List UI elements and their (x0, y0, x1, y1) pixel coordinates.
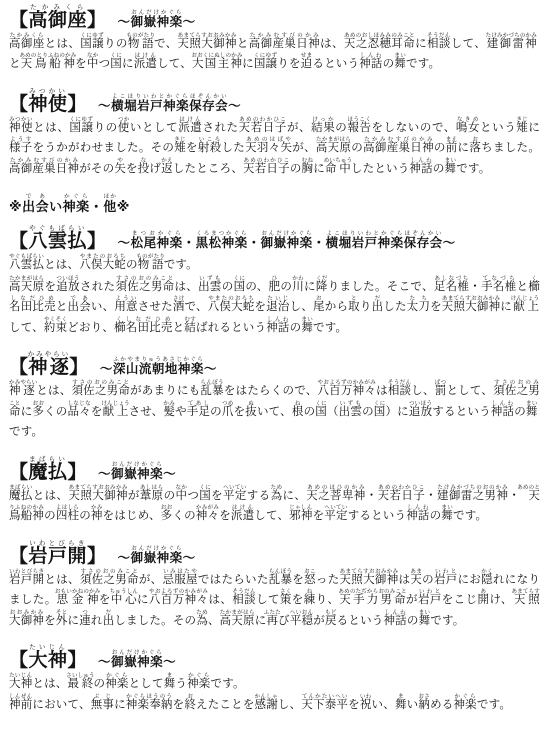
category-divider: ※出会であい神楽かぐら・他ほか※ (9, 194, 540, 215)
section-subtitle: ～松尾神楽まつおかぐら・黒松神楽くろまつかぐら・御嶽神楽おんだけかぐら・横堀岩戸… (118, 231, 456, 251)
section-takamikura: 【高御座たかみくら】 ～御嶽神楽おんだけかぐら～ 高御座たかみくらとは、国譲くに… (9, 4, 540, 75)
section-title: 【大神たいじん】 (9, 644, 87, 672)
section-kamiyarai: 【神逐かみやらい】 ～深山流朝地神楽ふかやまりゅうあさじかぐら～ 神逐かみやらい… (9, 351, 540, 442)
section-title: 【八雲払やぐもばらい】 (9, 225, 107, 253)
section-title: 【神逐かみやらい】 (9, 351, 89, 379)
section-subtitle: ～御嶽神楽おんだけかぐら～ (98, 650, 176, 670)
section-mabarai: 【魔払まばらい】 ～御嶽神楽おんだけかぐら～ 魔払まばらいとは、天照大御神あまて… (9, 456, 540, 527)
section-iwatobiraki: 【岩戸開いわとびらき】 ～御嶽神楽おんだけかぐら～ 岩戸開いわとびらきとは、須佐… (9, 540, 540, 631)
section-body-paragraph: 八雲払やぐもばらいとは、八俣大蛇やまたのおろちの物語ものがたりです。 (9, 254, 540, 275)
section-body-paragraph: 魔払まばらいとは、天照大御神あまてらすおおみかみが葦原あしはらの中なかつ国くにを… (9, 485, 540, 527)
section-subtitle: ～御嶽神楽おんだけかぐら～ (118, 546, 196, 566)
section-taijin: 【大神たいじん】 ～御嶽神楽おんだけかぐら～ 大神たいじんとは、最終さいしゅうの… (9, 644, 540, 716)
section-body-paragraph: 岩戸開いわとびらきとは、須佐之男命すさのおのみことが、忌服屋いみはたやではたらい… (9, 569, 540, 631)
section-subtitle: ～横堀岩戸神楽保存会よこほりいわとかぐらほぞんかい～ (98, 94, 241, 114)
section-title: 【神使みつかい】 (9, 88, 87, 116)
section-title: 【岩戸開いわとびらき】 (9, 540, 107, 568)
section-body-paragraph: 神前しんぜんにおいて、無事ぶじに神楽奉納かぐらほうのうを終おえたことを感謝かんし… (9, 694, 540, 715)
section-heading: 【大神たいじん】 ～御嶽神楽おんだけかぐら～ (9, 644, 540, 672)
section-heading: 【魔払まばらい】 ～御嶽神楽おんだけかぐら～ (9, 456, 540, 484)
section-yagumobarai: 【八雲払やぐもばらい】 ～松尾神楽まつおかぐら・黒松神楽くろまつかぐら・御嶽神楽… (9, 225, 540, 338)
section-body-paragraph: 大神たいじんとは、最終さいしゅうの神楽かぐらとして舞まう神楽かぐらです。 (9, 673, 540, 694)
section-heading: 【高御座たかみくら】 ～御嶽神楽おんだけかぐら～ (9, 4, 540, 32)
section-heading: 【八雲払やぐもばらい】 ～松尾神楽まつおかぐら・黒松神楽くろまつかぐら・御嶽神楽… (9, 225, 540, 253)
section-body-paragraph: 神逐かみやらいとは、須佐之男命すさのおのみことがあまりにも乱暴らんぼうをはたらく… (9, 380, 540, 442)
section-heading: 【岩戸開いわとびらき】 ～御嶽神楽おんだけかぐら～ (9, 540, 540, 568)
section-title: 【魔払まばらい】 (9, 456, 87, 484)
section-body-paragraph: 神使みつかいとは、国譲くにゆずりの使つかいとして派遣はけんされた天若日子あめのわ… (9, 117, 540, 179)
section-title: 【高御座たかみくら】 (9, 4, 107, 32)
section-heading: 【神使みつかい】 ～横堀岩戸神楽保存会よこほりいわとかぐらほぞんかい～ (9, 88, 540, 116)
document-page: 【高御座たかみくら】 ～御嶽神楽おんだけかぐら～ 高御座たかみくらとは、国譲くに… (0, 0, 550, 733)
section-body-paragraph: 高御座たかみくらとは、国譲くにゆずりの物語ものがたりで、天照大御神あまてらすおお… (9, 33, 540, 75)
section-body-paragraph: 高天原たかまがはらを追放ついほうされた須佐之男命すさのおのみことは、出雲いずもの… (9, 276, 540, 338)
section-subtitle: ～御嶽神楽おんだけかぐら～ (98, 462, 176, 482)
section-heading: 【神逐かみやらい】 ～深山流朝地神楽ふかやまりゅうあさじかぐら～ (9, 351, 540, 379)
section-subtitle: ～御嶽神楽おんだけかぐら～ (118, 10, 196, 30)
section-mitsukai: 【神使みつかい】 ～横堀岩戸神楽保存会よこほりいわとかぐらほぞんかい～ 神使みつ… (9, 88, 540, 179)
section-subtitle: ～深山流朝地神楽ふかやまりゅうあさじかぐら～ (100, 357, 217, 377)
